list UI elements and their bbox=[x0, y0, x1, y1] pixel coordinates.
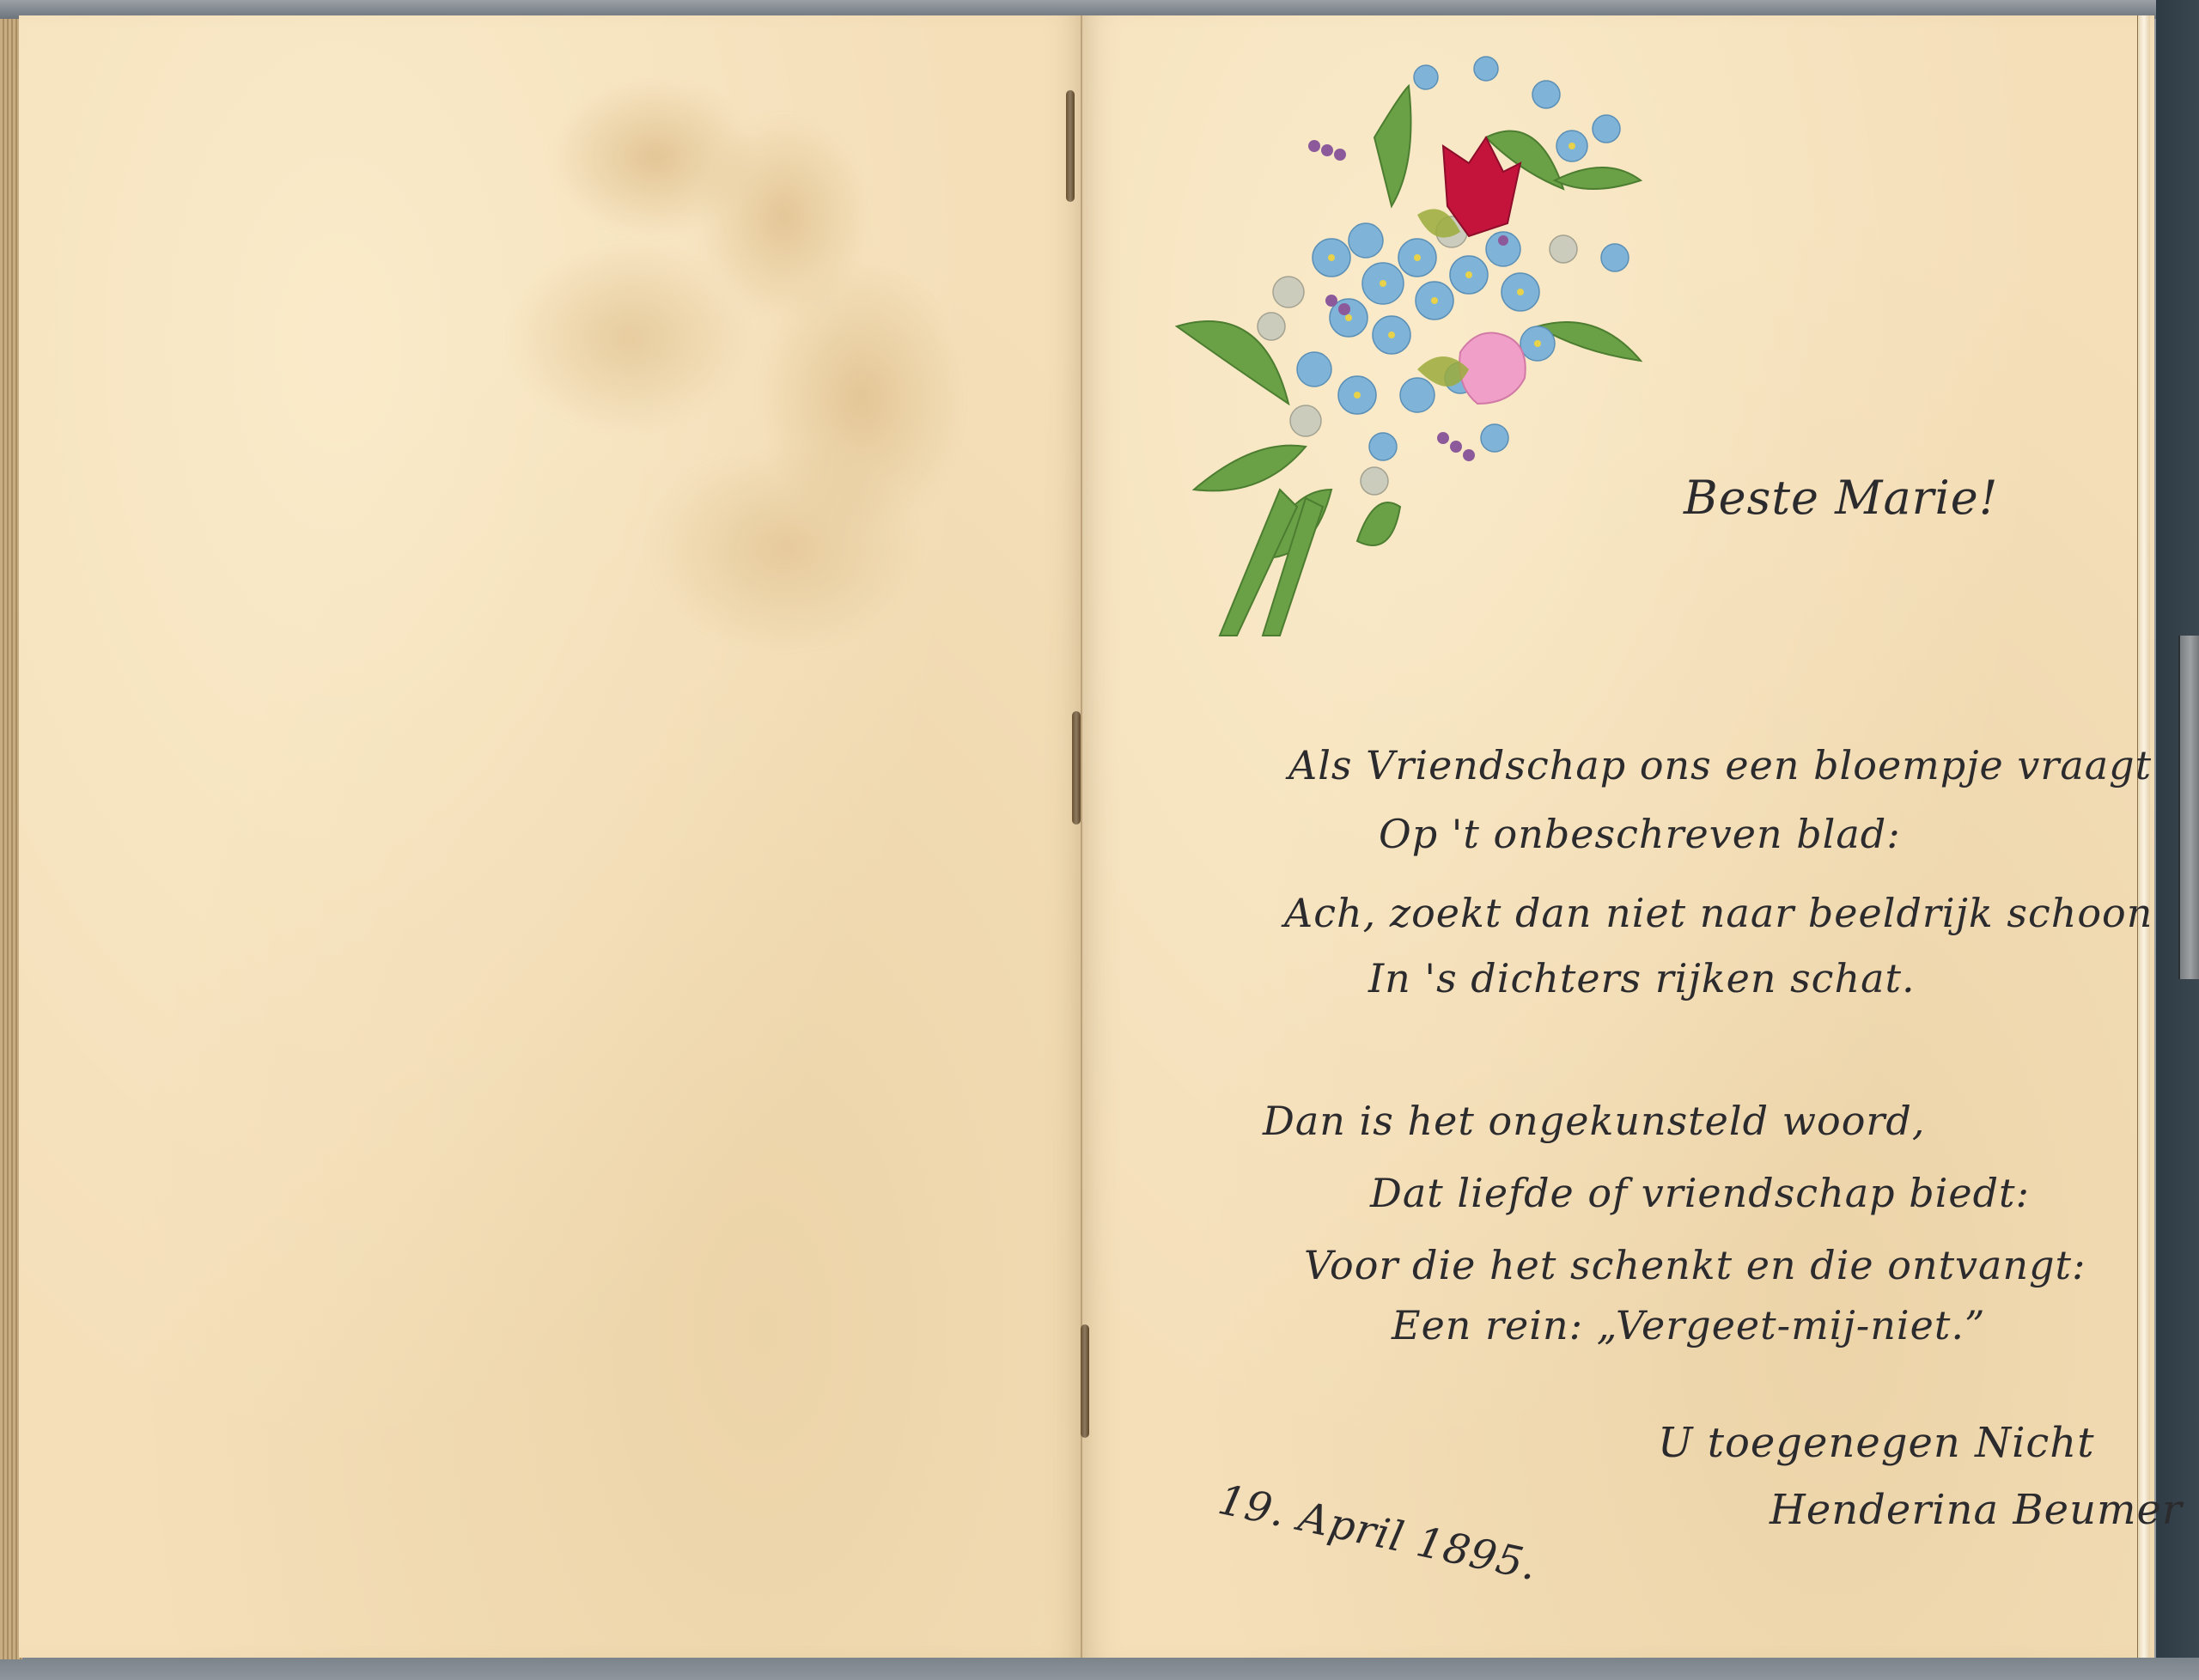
poem-stanza-2-line-3: Voor die het schenkt en die ontvangt: bbox=[1304, 1242, 2086, 1288]
album-cover-bottom bbox=[0, 1658, 2199, 1680]
forget-me-nots bbox=[1297, 57, 1629, 460]
poem-stanza-2-line-2: Dat liefde of vriendschap biedt: bbox=[1370, 1170, 2030, 1216]
poem-stanza-1-line-3: Ach, zoekt dan niet naar beeldrijk schoo… bbox=[1284, 890, 2153, 936]
poem-stanza-1-line-4: In 's dichters rijken schat. bbox=[1368, 955, 1916, 1001]
offset-stain bbox=[500, 67, 1015, 668]
page-fore-edge bbox=[2137, 15, 2150, 1658]
flower-bouquet-illustration bbox=[1160, 43, 1675, 644]
leaves bbox=[1177, 86, 1641, 636]
album-clasp bbox=[2178, 636, 2199, 979]
left-page bbox=[19, 15, 1083, 1658]
poem-stanza-2-line-1: Dan is het ongekunsteld woord, bbox=[1263, 1098, 1925, 1144]
greeting: Beste Marie! bbox=[1684, 471, 1998, 525]
poem-stanza-1-line-1: Als Vriendschap ons een bloempje vraagt bbox=[1288, 742, 2152, 788]
binding-stitch-top bbox=[1066, 90, 1075, 202]
closing-salutation: U toegenegen Nicht bbox=[1658, 1419, 2095, 1467]
poem-stanza-1-line-2: Op 't onbeschreven blad: bbox=[1379, 811, 1901, 857]
signature: Henderina Beumer bbox=[1770, 1486, 2183, 1534]
binding-stitch-bottom bbox=[1081, 1324, 1089, 1438]
binding-stitch-middle bbox=[1072, 711, 1081, 825]
poem-stanza-2-line-4: Een rein: „Vergeet-mij-niet.” bbox=[1392, 1302, 1986, 1348]
pink-rose bbox=[1459, 333, 1526, 405]
